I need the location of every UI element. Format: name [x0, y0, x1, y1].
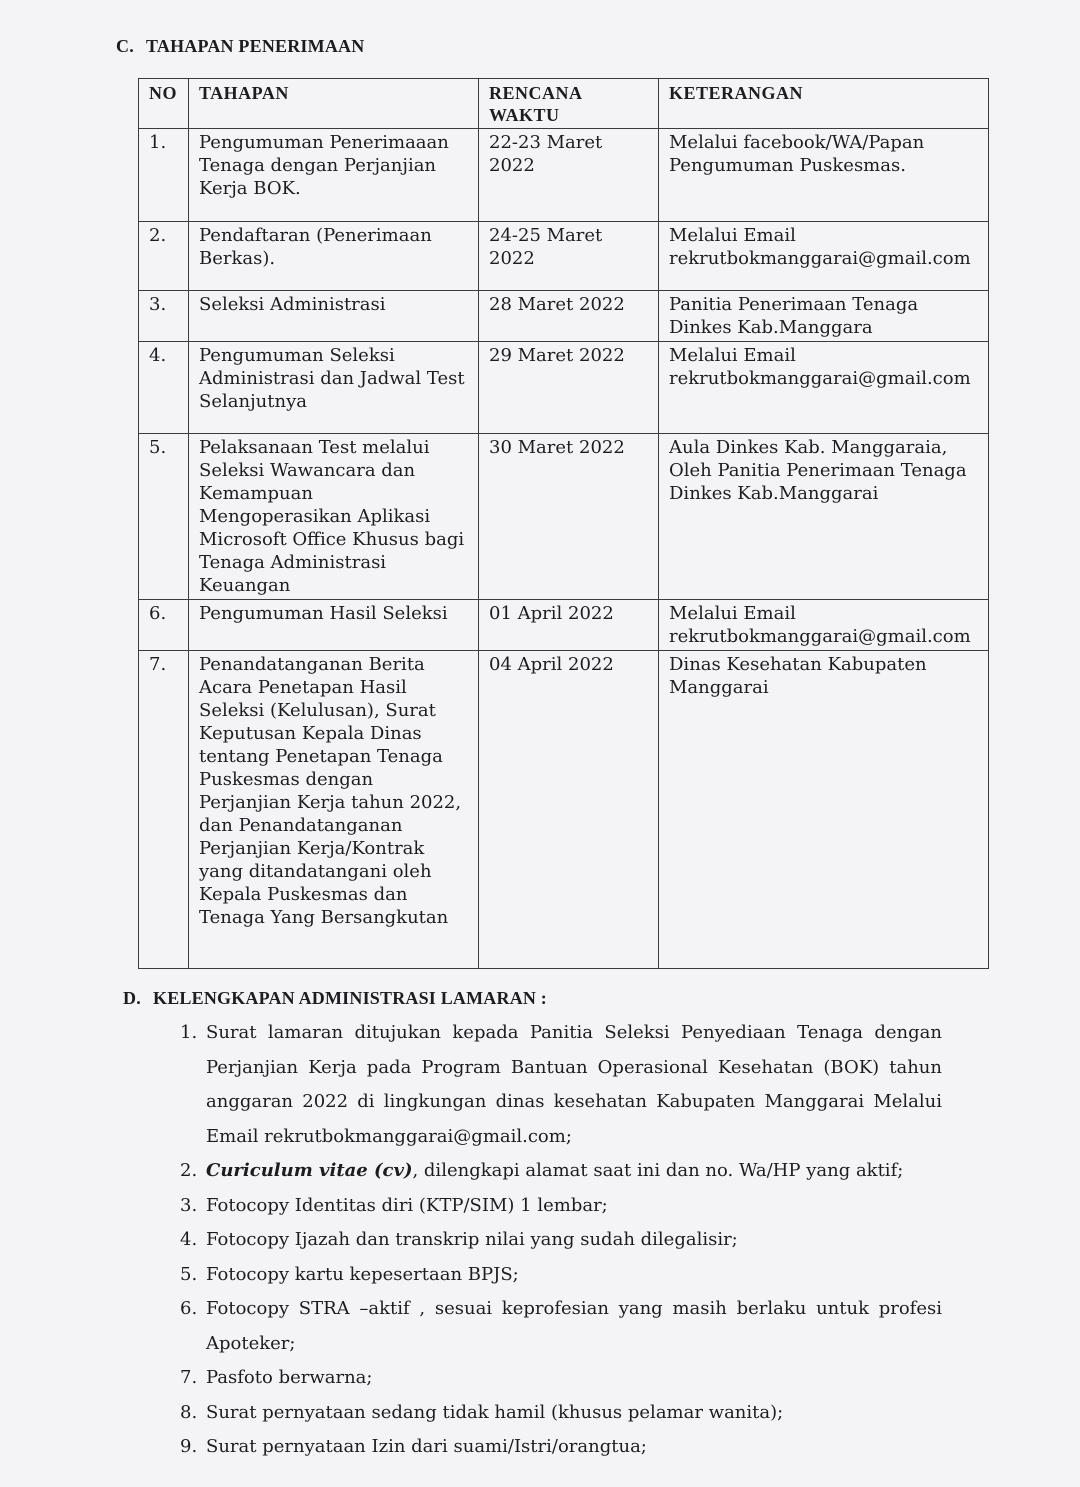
list-item-number: 8.	[180, 1396, 197, 1431]
cell-waktu: 01 April 2022	[479, 600, 659, 651]
table-row: 5. Pelaksanaan Test melalui Seleksi Wawa…	[139, 434, 989, 600]
table-row: 3. Seleksi Administrasi 28 Maret 2022 Pa…	[139, 291, 989, 342]
list-item-number: 5.	[180, 1258, 197, 1293]
section-d-number: D.	[123, 988, 153, 1009]
section-d-heading: D.KELENGKAPAN ADMINISTRASI LAMARAN :	[123, 988, 547, 1009]
table-row: 7. Penandatanganan Berita Acara Penetapa…	[139, 651, 989, 969]
cell-no: 6.	[139, 600, 189, 651]
cell-tahapan: Pelaksanaan Test melalui Seleksi Wawanca…	[189, 434, 479, 600]
cell-no: 4.	[139, 342, 189, 434]
cell-keterangan: Aula Dinkes Kab. Manggaraia, Oleh Paniti…	[659, 434, 989, 600]
table-row: 1. Pengumuman Penerimaaan Tenaga dengan …	[139, 129, 989, 222]
cell-waktu: 30 Maret 2022	[479, 434, 659, 600]
list-item-text: Fotocopy kartu kepesertaan BPJS;	[206, 1264, 519, 1285]
list-item-text: Fotocopy STRA –aktif , sesuai keprofesia…	[206, 1298, 942, 1354]
cell-tahapan: Seleksi Administrasi	[189, 291, 479, 342]
requirements-list: 1.Surat lamaran ditujukan kepada Panitia…	[180, 1016, 942, 1465]
list-item-text: Pasfoto berwarna;	[206, 1367, 372, 1388]
cell-waktu: 24-25 Maret 2022	[479, 222, 659, 291]
header-no: NO	[139, 79, 189, 129]
header-tahapan: TAHAPAN	[189, 79, 479, 129]
list-item-text: , dilengkapi alamat saat ini dan no. Wa/…	[412, 1160, 903, 1181]
section-c-heading: C.TAHAPAN PENERIMAAN	[116, 36, 364, 57]
list-item-text: Surat pernyataan sedang tidak hamil (khu…	[206, 1402, 783, 1423]
table-row: 2. Pendaftaran (Penerimaan Berkas). 24-2…	[139, 222, 989, 291]
cell-no: 5.	[139, 434, 189, 600]
list-item-number: 2.	[180, 1154, 197, 1189]
header-keterangan: KETERANGAN	[659, 79, 989, 129]
cell-keterangan: Panitia Penerimaan Tenaga Dinkes Kab.Man…	[659, 291, 989, 342]
cell-no: 3.	[139, 291, 189, 342]
list-item-number: 7.	[180, 1361, 197, 1396]
list-item-number: 3.	[180, 1189, 197, 1224]
list-item: 5.Fotocopy kartu kepesertaan BPJS;	[180, 1258, 942, 1293]
list-item: 3.Fotocopy Identitas diri (KTP/SIM) 1 le…	[180, 1189, 942, 1224]
list-item-number: 1.	[180, 1016, 197, 1051]
cell-tahapan: Pendaftaran (Penerimaan Berkas).	[189, 222, 479, 291]
tahapan-table: NO TAHAPAN RENCANA WAKTU KETERANGAN 1. P…	[138, 78, 989, 969]
list-item: 7.Pasfoto berwarna;	[180, 1361, 942, 1396]
list-item-number: 4.	[180, 1223, 197, 1258]
list-item: 1.Surat lamaran ditujukan kepada Panitia…	[180, 1016, 942, 1154]
cell-keterangan: Melalui Email rekrutbokmanggarai@gmail.c…	[659, 342, 989, 434]
cell-tahapan: Pengumuman Hasil Seleksi	[189, 600, 479, 651]
cell-no: 7.	[139, 651, 189, 969]
cell-waktu: 22-23 Maret 2022	[479, 129, 659, 222]
list-item: 8.Surat pernyataan sedang tidak hamil (k…	[180, 1396, 942, 1431]
section-d-title: KELENGKAPAN ADMINISTRASI LAMARAN :	[153, 988, 547, 1008]
document-page: C.TAHAPAN PENERIMAAN NO TAHAPAN RENCANA …	[0, 0, 1080, 1487]
list-item-number: 9.	[180, 1430, 197, 1465]
list-item-text: Fotocopy Ijazah dan transkrip nilai yang…	[206, 1229, 738, 1250]
list-item: 6.Fotocopy STRA –aktif , sesuai keprofes…	[180, 1292, 942, 1361]
cell-keterangan: Melalui facebook/WA/Papan Pengumuman Pus…	[659, 129, 989, 222]
cell-waktu: 04 April 2022	[479, 651, 659, 969]
cell-keterangan: Melalui Email rekrutbokmanggarai@gmail.c…	[659, 222, 989, 291]
list-item: 4.Fotocopy Ijazah dan transkrip nilai ya…	[180, 1223, 942, 1258]
cell-tahapan: Pengumuman Penerimaaan Tenaga dengan Per…	[189, 129, 479, 222]
table-row: 4. Pengumuman Seleksi Administrasi dan J…	[139, 342, 989, 434]
list-item-emphasis: Curiculum vitae (cv)	[206, 1160, 412, 1181]
table-row: 6. Pengumuman Hasil Seleksi 01 April 202…	[139, 600, 989, 651]
list-item-text: Surat lamaran ditujukan kepada Panitia S…	[206, 1022, 942, 1147]
header-rencana-waktu: RENCANA WAKTU	[479, 79, 659, 129]
cell-keterangan: Melalui Email rekrutbokmanggarai@gmail.c…	[659, 600, 989, 651]
cell-tahapan: Pengumuman Seleksi Administrasi dan Jadw…	[189, 342, 479, 434]
table-header-row: NO TAHAPAN RENCANA WAKTU KETERANGAN	[139, 79, 989, 129]
list-item: 2.Curiculum vitae (cv), dilengkapi alama…	[180, 1154, 942, 1189]
list-item-text: Surat pernyataan Izin dari suami/Istri/o…	[206, 1436, 647, 1457]
cell-no: 1.	[139, 129, 189, 222]
section-c-number: C.	[116, 36, 146, 57]
list-item-number: 6.	[180, 1292, 197, 1327]
list-item-text: Fotocopy Identitas diri (KTP/SIM) 1 lemb…	[206, 1195, 608, 1216]
section-c-title: TAHAPAN PENERIMAAN	[146, 36, 364, 56]
cell-waktu: 29 Maret 2022	[479, 342, 659, 434]
cell-no: 2.	[139, 222, 189, 291]
cell-waktu: 28 Maret 2022	[479, 291, 659, 342]
cell-tahapan: Penandatanganan Berita Acara Penetapan H…	[189, 651, 479, 969]
list-item: 9.Surat pernyataan Izin dari suami/Istri…	[180, 1430, 942, 1465]
cell-keterangan: Dinas Kesehatan Kabupaten Manggarai	[659, 651, 989, 969]
